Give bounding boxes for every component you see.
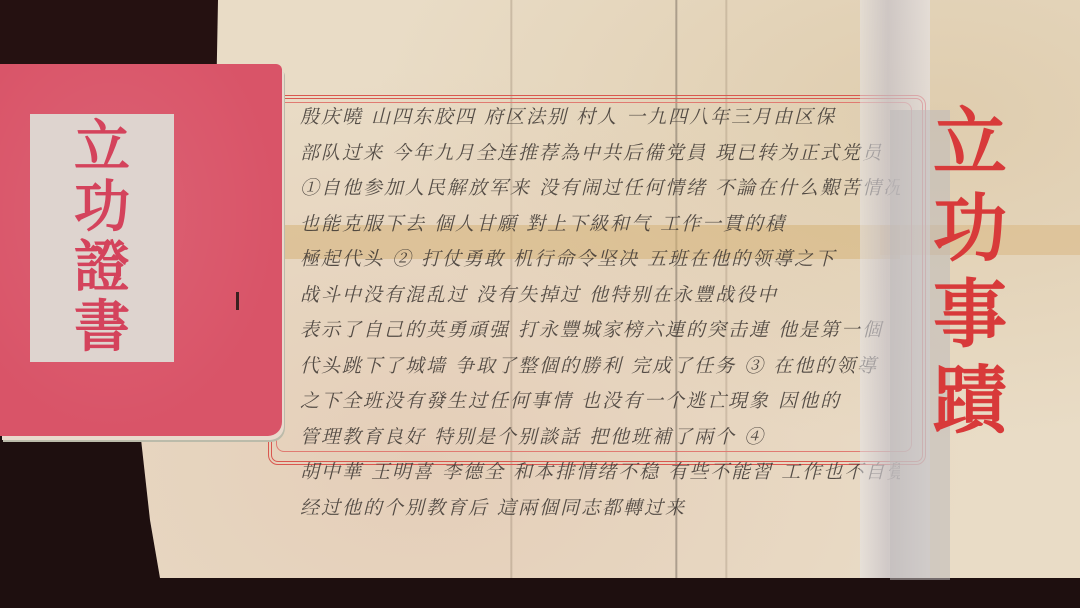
handwritten-line: 代头跳下了城墙 争取了整個的勝利 完成了任务 ③ 在他的领導 bbox=[300, 349, 900, 385]
handwritten-text-block: 殷庆曉 山四东胶四 府区法别 村人 一九四八年三月由区保 部队过来 今年九月全连… bbox=[300, 100, 900, 526]
handwritten-line: 表示了自己的英勇頑强 打永豐城家榜六連的突击連 他是第一個 bbox=[300, 313, 900, 349]
handwritten-line: 胡中華 王明喜 李德全 和本排情绪不稳 有些不能習 工作也不自覺 bbox=[300, 455, 900, 491]
deeds-side-title: 立 功 事 蹟 bbox=[910, 100, 1030, 444]
booklet-title-char: 功 bbox=[30, 178, 174, 238]
booklet-staple bbox=[236, 292, 239, 310]
handwritten-line: ①自他参加人民解放军来 没有闹过任何情绪 不論在什么艱苦情况 bbox=[300, 171, 900, 207]
handwritten-line: 战斗中没有混乱过 没有失掉过 他特别在永豐战役中 bbox=[300, 278, 900, 314]
handwritten-line: 之下全班没有發生过任何事情 也没有一个逃亡現象 因他的 bbox=[300, 384, 900, 420]
handwritten-line: 殷庆曉 山四东胶四 府区法别 村人 一九四八年三月由区保 bbox=[300, 100, 900, 136]
handwritten-line: 極起代头 ② 打仗勇敢 机行命令坚决 五班在他的领導之下 bbox=[300, 242, 900, 278]
booklet-title-char: 書 bbox=[30, 298, 174, 358]
title-char: 功 bbox=[910, 186, 1030, 272]
handwritten-line: 部队过来 今年九月全连推荐為中共后備党員 現已转为正式党员 bbox=[300, 136, 900, 172]
title-char: 立 bbox=[910, 100, 1030, 186]
handwritten-line: 经过他的个別教育后 這兩個同志都轉过来 bbox=[300, 491, 900, 527]
title-char: 蹟 bbox=[910, 358, 1030, 444]
merit-certificate-booklet: 立 功 證 書 bbox=[0, 64, 282, 436]
title-char: 事 bbox=[910, 272, 1030, 358]
dark-background-corner bbox=[0, 0, 222, 66]
booklet-title-label: 立 功 證 書 bbox=[30, 114, 174, 362]
handwritten-line: 也能克服下去 個人甘願 對上下級和气 工作一貫的積 bbox=[300, 207, 900, 243]
handwritten-line: 管理教育良好 特別是个别談話 把他班補了兩个 ④ bbox=[300, 420, 900, 456]
booklet-title-char: 立 bbox=[30, 118, 174, 178]
booklet-title-char: 證 bbox=[30, 238, 174, 298]
